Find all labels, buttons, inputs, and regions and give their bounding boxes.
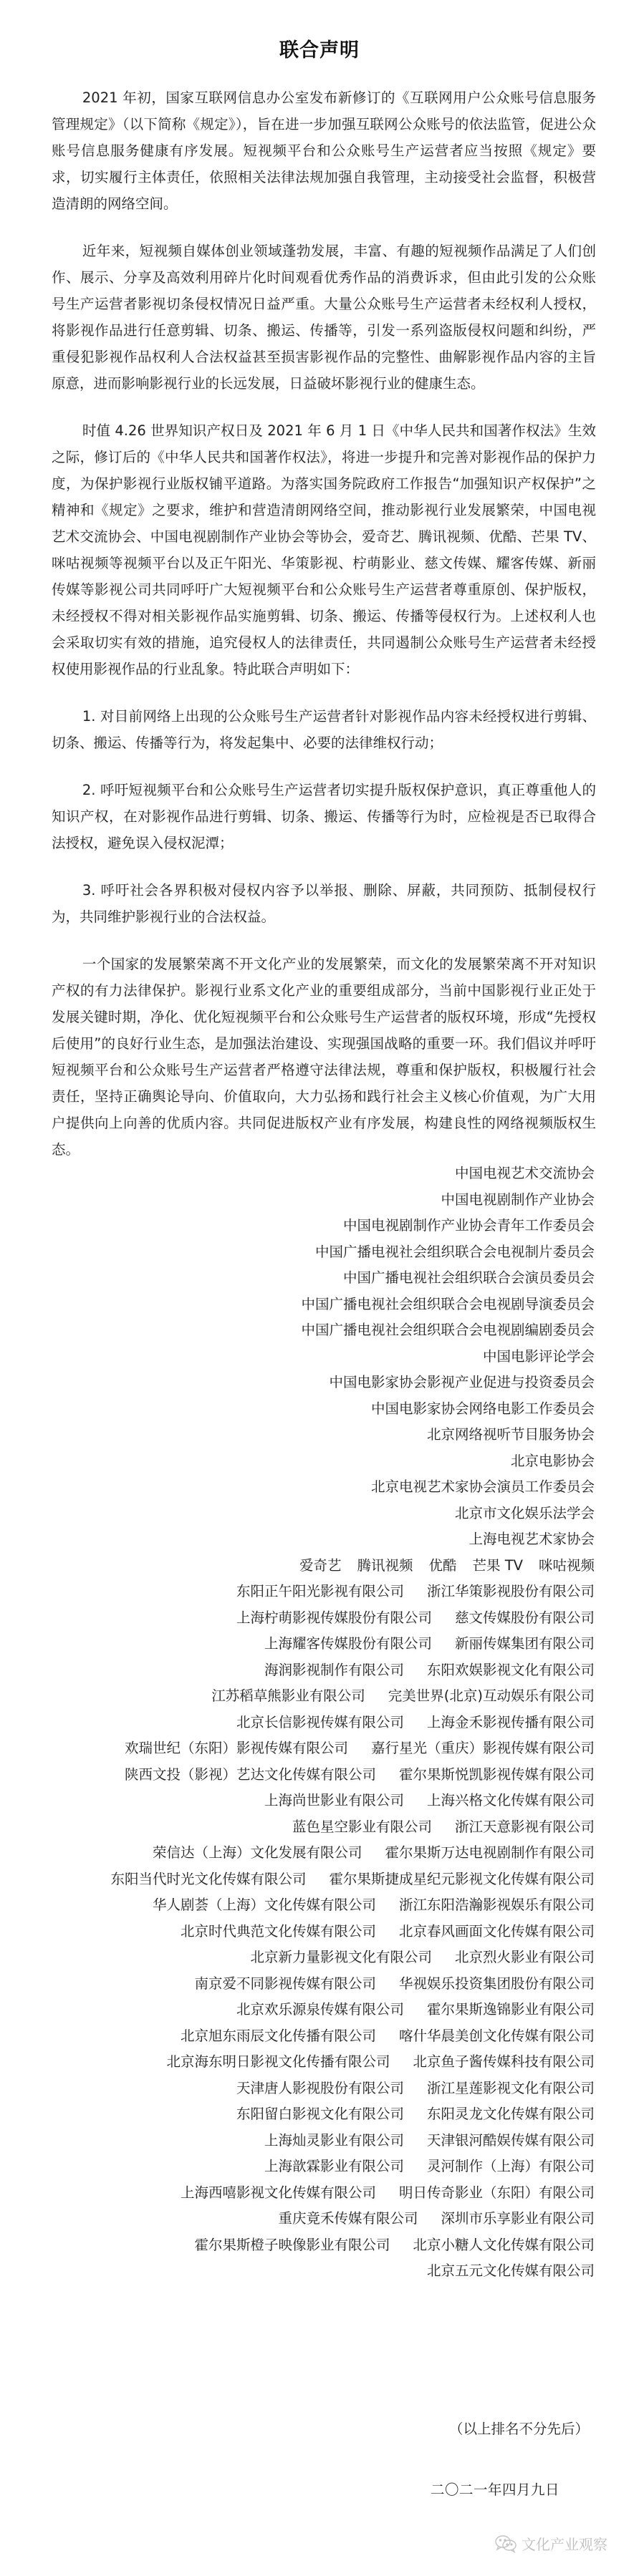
company-name: 北京烈火影业有限公司 xyxy=(455,1945,595,1971)
company-name: 上海耀客传媒股份有限公司 xyxy=(264,1631,432,1657)
company-name: 荣信达（上海）文化发展有限公司 xyxy=(153,1840,362,1866)
ranking-note: （以上排名不分先后） xyxy=(449,2418,589,2438)
association-name: 北京网络视听节目服务协会 xyxy=(427,1422,595,1448)
association-name: 中国电影评论学会 xyxy=(483,1344,595,1370)
company-row: 南京爱不同影视传媒有限公司华视娱乐投资集团股份有限公司 xyxy=(36,1971,595,1998)
company-name: 上海歆霖影业有限公司 xyxy=(264,2154,404,2180)
association-row: 上海电视艺术家协会 xyxy=(36,1526,595,1553)
company-name: 霍尔果斯逸锦影业有限公司 xyxy=(427,1997,595,2023)
company-row: 荣信达（上海）文化发展有限公司霍尔果斯万达电视剧制作有限公司 xyxy=(36,1840,595,1866)
paragraph-intro: 2021 年初，国家互联网信息办公室发布新修订的《互联网用户公众账号信息服务管理… xyxy=(52,84,596,217)
association-row: 中国广播电视社会组织联合会电视剧导演委员会 xyxy=(36,1292,595,1318)
company-name: 上海柠萌影视传媒股份有限公司 xyxy=(236,1605,432,1632)
company-row: 东阳留白影视文化有限公司东阳灵龙文化传媒有限公司 xyxy=(36,2101,595,2128)
association-name: 中国电视艺术交流协会 xyxy=(455,1161,595,1187)
association-name: 北京电影协会 xyxy=(511,1448,595,1475)
paragraph-conclusion: 一个国家的发展繁荣离不开文化产业的发展繁荣，而文化的发展繁荣离不开对知识产权的有… xyxy=(52,951,596,1163)
company-name: 江苏稻草熊影业有限公司 xyxy=(211,1683,365,1710)
company-name: 浙江天意影视有限公司 xyxy=(455,1814,595,1841)
company-name: 华人剧荟（上海）文化传媒有限公司 xyxy=(153,1892,376,1919)
platforms-row: 爱奇艺 腾讯视频 优酷 芒果 TV 咪咕视频 xyxy=(36,1553,595,1579)
company-name: 北京时代典范文化传媒有限公司 xyxy=(181,1919,376,1945)
company-name: 霍尔果斯万达电视剧制作有限公司 xyxy=(385,1840,595,1866)
company-name: 北京旭东雨辰文化传播有限公司 xyxy=(181,2023,376,2050)
company-row: 东阳当代时光文化传媒有限公司霍尔果斯捷成星纪元影视文化传媒有限公司 xyxy=(36,1866,595,1893)
company-name: 嘉行星光（重庆）影视传媒有限公司 xyxy=(371,1735,595,1762)
association-name: 中国电视剧制作产业协会 xyxy=(441,1187,595,1214)
source-watermark: 文化产业观察 xyxy=(494,2533,607,2554)
company-name: 东阳留白影视文化有限公司 xyxy=(236,2101,404,2128)
company-name: 浙江星莲影视文化有限公司 xyxy=(427,2076,595,2102)
company-name: 东阳当代时光文化传媒有限公司 xyxy=(110,1866,306,1893)
company-name: 新丽传媒集团有限公司 xyxy=(455,1631,595,1657)
company-name: 蓝色星空影业有限公司 xyxy=(292,1814,432,1841)
company-name: 上海金禾影视传播有限公司 xyxy=(427,1710,595,1736)
association-row: 中国广播电视社会组织联合会演员委员会 xyxy=(36,1265,595,1292)
company-name: 霍尔果斯悦凯影视传媒有限公司 xyxy=(399,1762,595,1788)
list-item-2: 2. 呼吁短视频平台和公众账号生产运营者切实提升版权保护意识，真正尊重他人的知识… xyxy=(52,777,596,856)
association-name: 中国电视剧制作产业协会青年工作委员会 xyxy=(343,1213,595,1239)
company-row: 北京五元文化传媒有限公司 xyxy=(36,2258,595,2285)
association-name: 北京电视艺术家协会演员工作委员会 xyxy=(371,1474,595,1501)
company-name: 霍尔果斯橙子映像影业有限公司 xyxy=(194,2232,390,2259)
platform-name: 爱奇艺 xyxy=(299,1553,342,1579)
company-name: 上海兴格文化传媒有限公司 xyxy=(427,1788,595,1814)
company-row: 上海耀客传媒股份有限公司新丽传媒集团有限公司 xyxy=(36,1631,595,1657)
company-name: 慈文传媒股份有限公司 xyxy=(455,1605,595,1632)
association-name: 中国广播电视社会组织联合会电视剧编剧委员会 xyxy=(301,1317,595,1344)
company-name: 欢瑞世纪（东阳）影视传媒有限公司 xyxy=(125,1735,348,1762)
company-row: 华人剧荟（上海）文化传媒有限公司浙江东阳浩瀚影视娱乐有限公司 xyxy=(36,1892,595,1919)
company-name: 北京长信影视传媒有限公司 xyxy=(236,1710,404,1736)
company-name: 重庆竟禾传媒有限公司 xyxy=(278,2206,418,2232)
company-name: 海润影视制作有限公司 xyxy=(264,1657,404,1684)
platform-name: 优酷 xyxy=(429,1553,457,1579)
company-row: 欢瑞世纪（东阳）影视传媒有限公司嘉行星光（重庆）影视传媒有限公司 xyxy=(36,1735,595,1762)
paragraph-call: 时值 4.26 世界知识产权日及 2021 年 6 月 1 日《中华人民共和国著… xyxy=(52,417,596,682)
company-row: 上海柠萌影视传媒股份有限公司慈文传媒股份有限公司 xyxy=(36,1605,595,1632)
statement-body: 2021 年初，国家互联网信息办公室发布新修订的《互联网用户公众账号信息服务管理… xyxy=(52,84,596,1183)
association-row: 中国电影评论学会 xyxy=(36,1344,595,1370)
association-row: 北京电视艺术家协会演员工作委员会 xyxy=(36,1474,595,1501)
association-row: 中国广播电视社会组织联合会电视剧编剧委员会 xyxy=(36,1317,595,1344)
company-row: 海润影视制作有限公司东阳欢娱影视文化有限公司 xyxy=(36,1657,595,1684)
company-name: 灵河制作（上海）有限公司 xyxy=(427,2154,595,2180)
company-name: 南京爱不同影视传媒有限公司 xyxy=(194,1971,376,1998)
association-name: 中国电影家协会网络电影工作委员会 xyxy=(371,1396,595,1423)
company-name: 东阳欢娱影视文化有限公司 xyxy=(427,1657,595,1684)
association-row: 中国电视剧制作产业协会青年工作委员会 xyxy=(36,1213,595,1239)
company-name: 北京欢乐源泉传媒有限公司 xyxy=(236,1997,404,2023)
company-row: 霍尔果斯橙子映像影业有限公司北京小糖人文化传媒有限公司 xyxy=(36,2232,595,2259)
company-name: 陕西文投（影视）艺达文化传媒有限公司 xyxy=(125,1762,376,1788)
company-row: 陕西文投（影视）艺达文化传媒有限公司霍尔果斯悦凯影视传媒有限公司 xyxy=(36,1762,595,1788)
company-row: 天津唐人影视股份有限公司浙江星莲影视文化有限公司 xyxy=(36,2076,595,2102)
company-name: 明日传奇影业（东阳）有限公司 xyxy=(399,2180,595,2207)
company-name: 北京春风画面文化传媒有限公司 xyxy=(399,1919,595,1945)
association-name: 北京市文化娱乐法学会 xyxy=(455,1501,595,1527)
association-name: 上海电视艺术家协会 xyxy=(469,1526,595,1553)
company-name: 北京海东明日影视文化传播有限公司 xyxy=(166,2049,390,2076)
signing-date: 二〇二一年四月九日 xyxy=(431,2479,559,2499)
company-name: 上海灿灵影业有限公司 xyxy=(264,2128,404,2154)
association-name: 中国广播电视社会组织联合会演员委员会 xyxy=(343,1265,595,1292)
list-item-3: 3. 呼吁社会各界积极对侵权内容予以举报、删除、屏蔽，共同预防、抵制侵权行为，共… xyxy=(52,877,596,930)
company-name: 天津银河酷娱传媒有限公司 xyxy=(427,2128,595,2154)
association-row: 中国电视剧制作产业协会 xyxy=(36,1187,595,1214)
company-name: 北京鱼子酱传媒科技有限公司 xyxy=(413,2049,595,2076)
company-name: 完美世界(北京)互动娱乐有限公司 xyxy=(388,1683,595,1710)
company-row: 北京时代典范文化传媒有限公司北京春风画面文化传媒有限公司 xyxy=(36,1919,595,1945)
company-row: 江苏稻草熊影业有限公司完美世界(北京)互动娱乐有限公司 xyxy=(36,1683,595,1710)
company-row: 上海歆霖影业有限公司灵河制作（上海）有限公司 xyxy=(36,2154,595,2180)
association-row: 北京市文化娱乐法学会 xyxy=(36,1501,595,1527)
company-name: 北京新力量影视文化有限公司 xyxy=(250,1945,432,1971)
association-row: 中国广播电视社会组织联合会电视制片委员会 xyxy=(36,1239,595,1266)
company-name: 上海尚世影业有限公司 xyxy=(264,1788,404,1814)
platform-name: 咪咕视频 xyxy=(539,1553,595,1579)
platform-name: 腾讯视频 xyxy=(357,1553,413,1579)
company-name: 喀什华晨美创文化传媒有限公司 xyxy=(399,2023,595,2050)
company-row: 北京长信影视传媒有限公司上海金禾影视传播有限公司 xyxy=(36,1710,595,1736)
company-row: 东阳正午阳光影视有限公司浙江华策影视股份有限公司 xyxy=(36,1579,595,1605)
company-row: 北京旭东雨辰文化传播有限公司喀什华晨美创文化传媒有限公司 xyxy=(36,2023,595,2050)
association-row: 中国电影家协会网络电影工作委员会 xyxy=(36,1396,595,1423)
company-name: 北京五元文化传媒有限公司 xyxy=(427,2258,595,2285)
company-name: 北京小糖人文化传媒有限公司 xyxy=(413,2232,595,2259)
company-row: 上海尚世影业有限公司上海兴格文化传媒有限公司 xyxy=(36,1788,595,1814)
association-name: 中国电影家协会影视产业促进与投资委员会 xyxy=(329,1370,595,1396)
company-row: 蓝色星空影业有限公司浙江天意影视有限公司 xyxy=(36,1814,595,1841)
watermark-text: 文化产业观察 xyxy=(522,2533,607,2554)
wechat-icon xyxy=(494,2534,517,2553)
company-row: 北京新力量影视文化有限公司北京烈火影业有限公司 xyxy=(36,1945,595,1971)
association-row: 北京网络视听节目服务协会 xyxy=(36,1422,595,1448)
company-row: 上海灿灵影业有限公司天津银河酷娱传媒有限公司 xyxy=(36,2128,595,2154)
company-name: 上海西嘻影视文化传媒有限公司 xyxy=(181,2180,376,2207)
platform-name: 芒果 TV xyxy=(473,1553,523,1579)
company-name: 华视娱乐投资集团股份有限公司 xyxy=(399,1971,595,1998)
company-name: 天津唐人影视股份有限公司 xyxy=(236,2076,404,2102)
page-title: 联合声明 xyxy=(0,34,639,62)
company-row: 北京欢乐源泉传媒有限公司霍尔果斯逸锦影业有限公司 xyxy=(36,1997,595,2023)
association-name: 中国广播电视社会组织联合会电视剧导演委员会 xyxy=(301,1292,595,1318)
company-name: 东阳灵龙文化传媒有限公司 xyxy=(427,2101,595,2128)
company-row: 上海西嘻影视文化传媒有限公司明日传奇影业（东阳）有限公司 xyxy=(36,2180,595,2207)
company-name: 浙江华策影视股份有限公司 xyxy=(427,1579,595,1605)
association-row: 中国电视艺术交流协会 xyxy=(36,1161,595,1187)
association-name: 中国广播电视社会组织联合会电视制片委员会 xyxy=(315,1239,595,1266)
paragraph-background: 近年来，短视频自媒体创业领域蓬勃发展，丰富、有趣的短视频作品满足了人们创作、展示… xyxy=(52,238,596,397)
company-name: 东阳正午阳光影视有限公司 xyxy=(236,1579,404,1605)
association-row: 北京电影协会 xyxy=(36,1448,595,1475)
company-name: 深圳市乐享影业有限公司 xyxy=(441,2206,595,2232)
company-name: 浙江东阳浩瀚影视娱乐有限公司 xyxy=(399,1892,595,1919)
company-row: 重庆竟禾传媒有限公司深圳市乐享影业有限公司 xyxy=(36,2206,595,2232)
list-item-1: 1. 对目前网络上出现的公众账号生产运营者针对影视作品内容未经授权进行剪辑、切条… xyxy=(52,703,596,756)
company-name: 霍尔果斯捷成星纪元影视文化传媒有限公司 xyxy=(329,1866,595,1893)
company-row: 北京海东明日影视文化传播有限公司北京鱼子酱传媒科技有限公司 xyxy=(36,2049,595,2076)
signatories-list: 中国电视艺术交流协会 中国电视剧制作产业协会 中国电视剧制作产业协会青年工作委员… xyxy=(36,1161,595,2285)
association-row: 中国电影家协会影视产业促进与投资委员会 xyxy=(36,1370,595,1396)
